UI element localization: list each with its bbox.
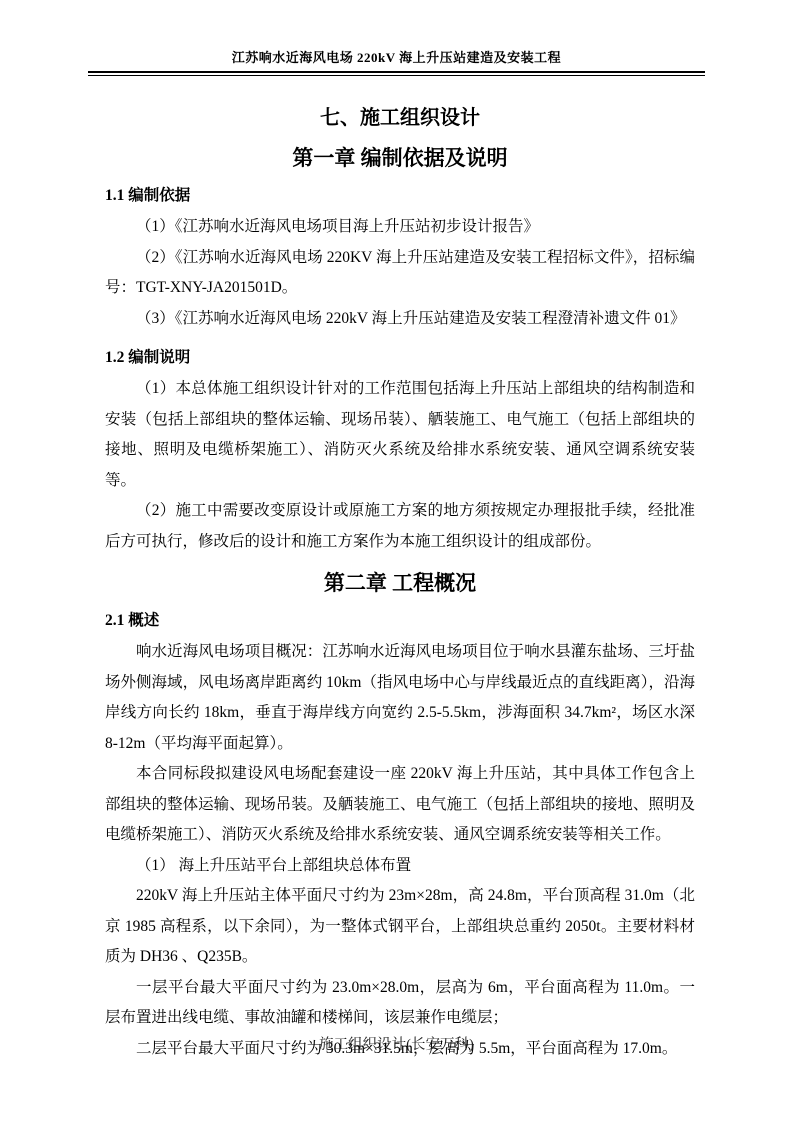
reference-item-2: （2）《江苏响水近海风电场 220KV 海上升压站建造及安装工程招标文件》，招标… xyxy=(105,243,695,304)
document-page: 江苏响水近海风电场 220kV 海上升压站建造及安装工程 七、施工组织设计 第一… xyxy=(0,0,793,1122)
notes-paragraph-1: （1）本总体施工组织设计针对的工作范围包括海上升压站上部组块的结构制造和安装（包… xyxy=(105,374,695,496)
chapter2-heading: 第二章 工程概况 xyxy=(105,569,695,597)
section-2-1-heading: 2.1 概述 xyxy=(105,611,695,631)
header-rule xyxy=(88,71,705,76)
section-1-1-heading: 1.1 编制依据 xyxy=(105,186,695,206)
overview-paragraph-4: 一层平台最大平面尺寸约为 23.0m×28.0m，层高为 6m，平台面高程为 1… xyxy=(105,973,695,1034)
overview-paragraph-1: 响水近海风电场项目概况：江苏响水近海风电场项目位于响水县灌东盐场、三圩盐场外侧海… xyxy=(105,637,695,759)
header-rule-thin-line xyxy=(88,75,705,76)
overview-subitem-heading: （1） 海上升压站平台上部组块总体布置 xyxy=(105,851,695,882)
reference-item-3: （3）《江苏响水近海风电场 220kV 海上升压站建造及安装工程澄清补遗文件 0… xyxy=(105,304,695,335)
overview-paragraph-3: 220kV 海上升压站主体平面尺寸约为 23m×28m，高 24.8m，平台顶高… xyxy=(105,881,695,973)
document-body: 七、施工组织设计 第一章 编制依据及说明 1.1 编制依据 （1）《江苏响水近海… xyxy=(105,96,695,1064)
overview-paragraph-2: 本合同标段拟建设风电场配套建设一座 220kV 海上升压站，其中具体工作包含上部… xyxy=(105,759,695,851)
doc-title: 七、施工组织设计 xyxy=(105,104,695,132)
page-footer: 施工组织设计(长安万科) xyxy=(0,1036,793,1054)
chapter1-heading: 第一章 编制依据及说明 xyxy=(105,144,695,172)
page-header-title: 江苏响水近海风电场 220kV 海上升压站建造及安装工程 xyxy=(0,50,793,66)
reference-item-1: （1）《江苏响水近海风电场项目海上升压站初步设计报告》 xyxy=(105,212,695,243)
notes-paragraph-2: （2）施工中需要改变原设计或原施工方案的地方须按规定办理报批手续，经批准后方可执… xyxy=(105,496,695,557)
page-header: 江苏响水近海风电场 220kV 海上升压站建造及安装工程 xyxy=(0,50,793,76)
header-rule-thick-line xyxy=(88,71,705,73)
section-1-2-heading: 1.2 编制说明 xyxy=(105,348,695,368)
